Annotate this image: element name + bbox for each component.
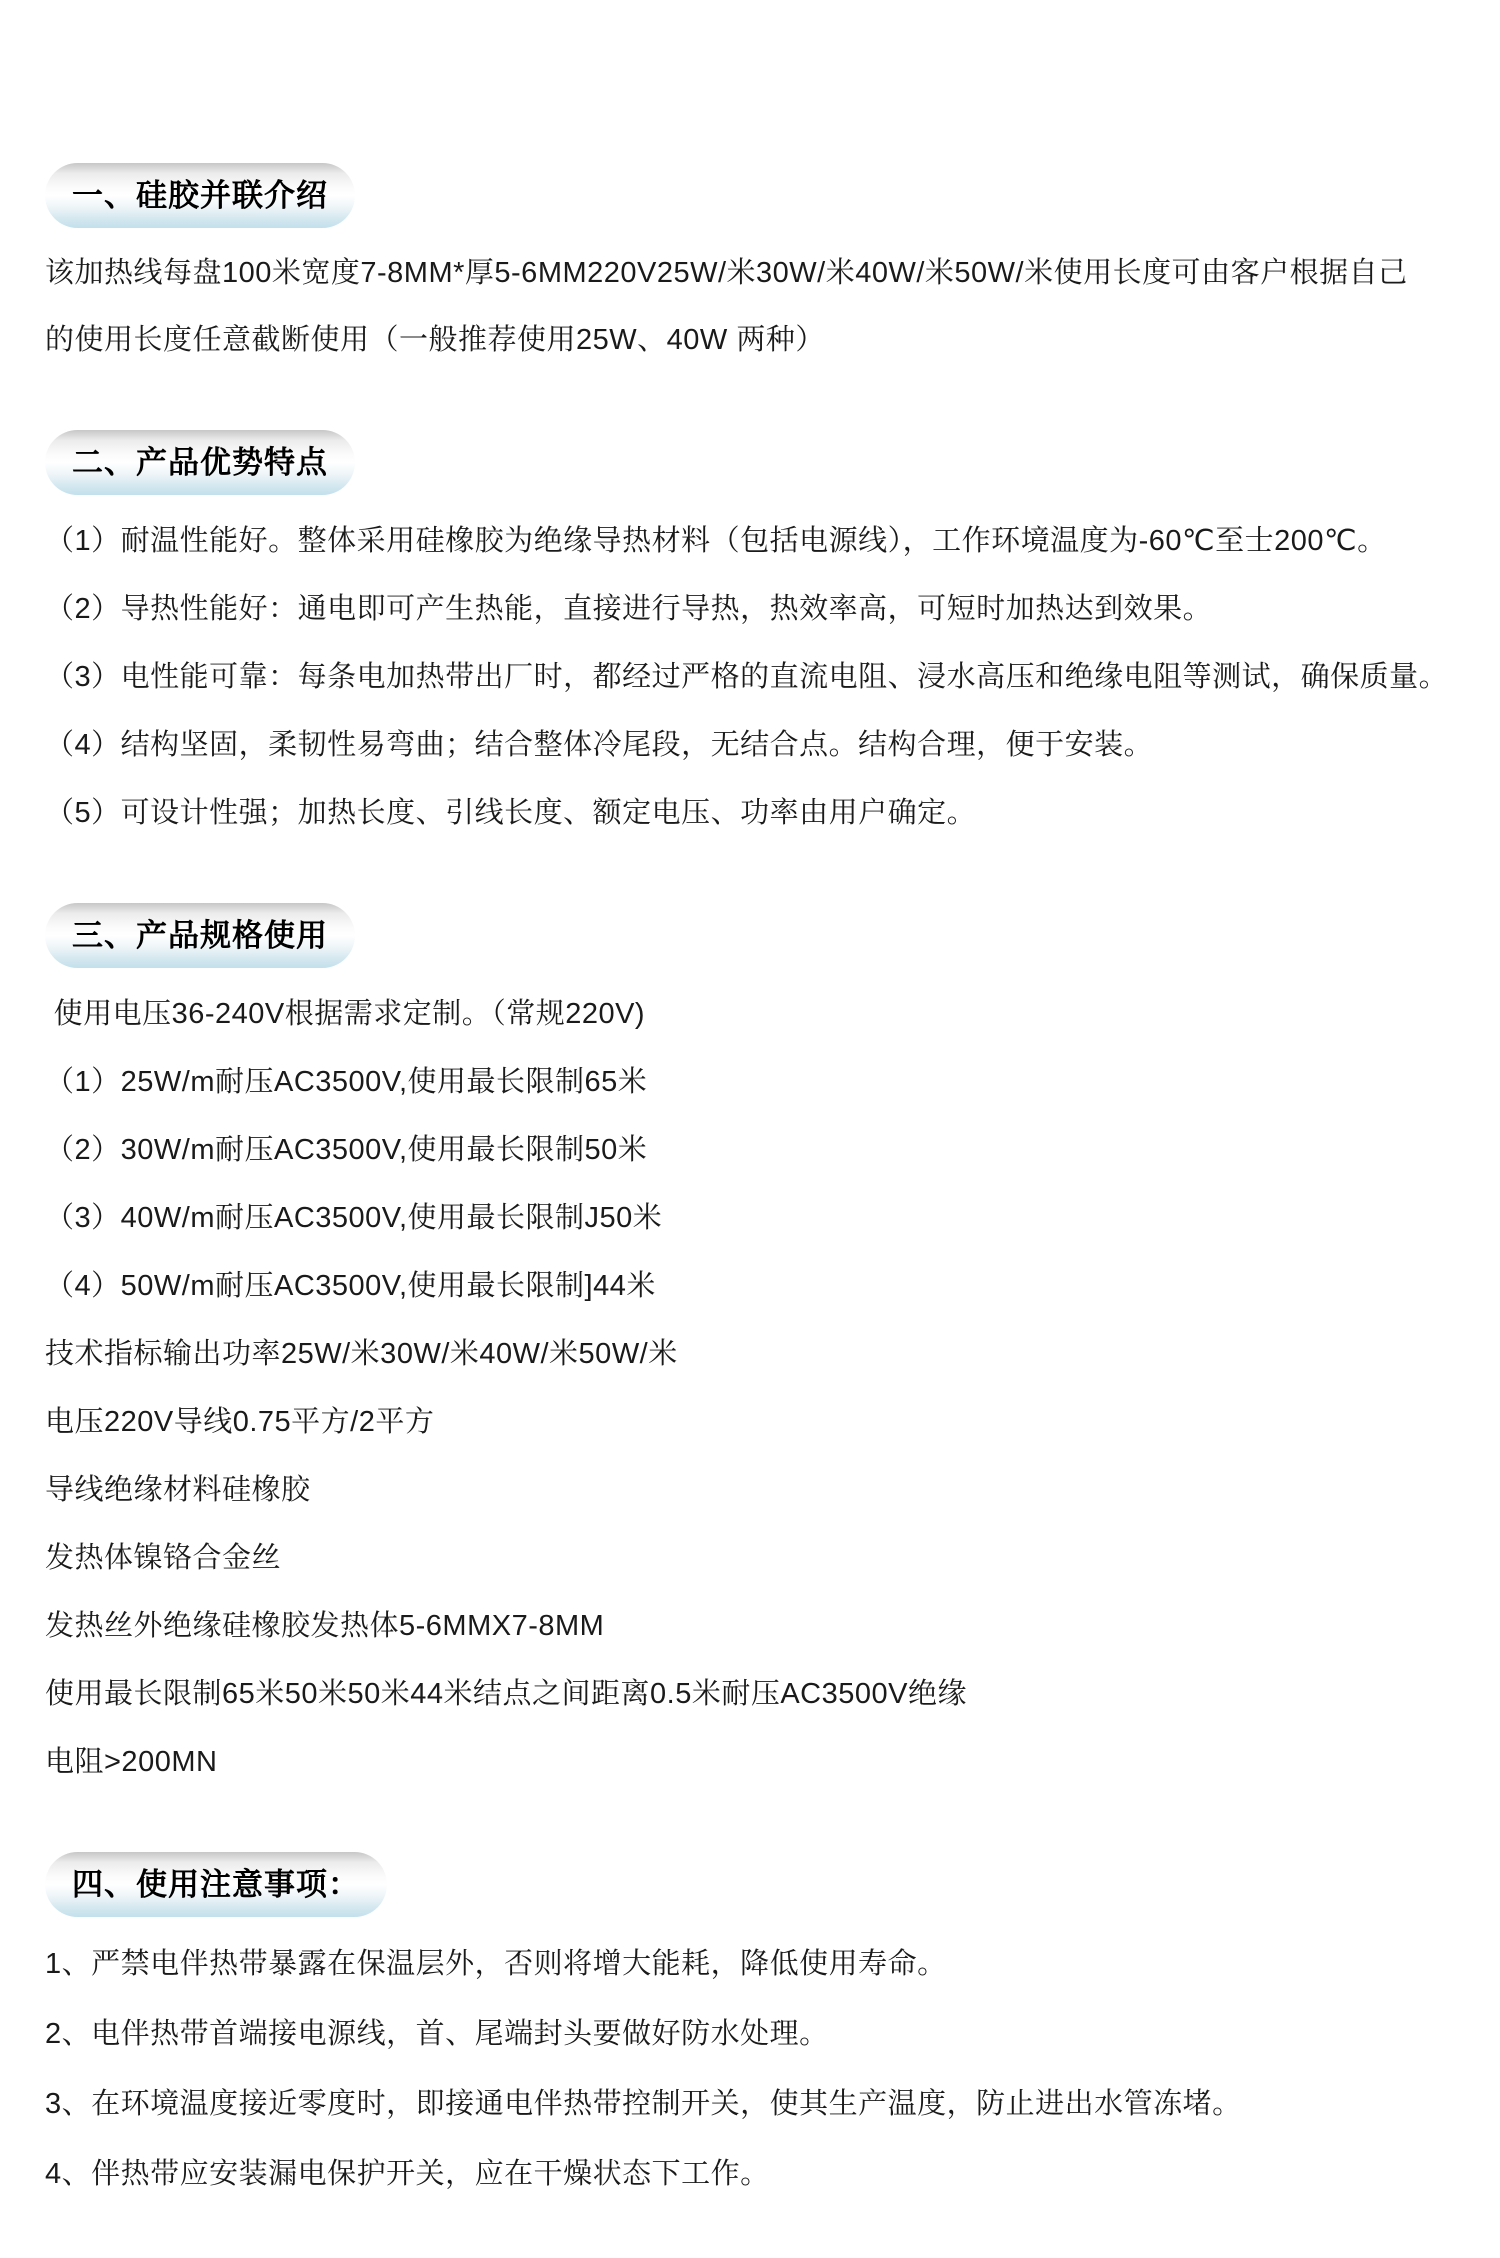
note-item: 4、伴热带应安装漏电保护开关，应在干燥状态下工作。 <box>45 2139 1472 2209</box>
advantage-item: （4）结构坚固，柔韧性易弯曲；结合整体冷尾段，无结合点。结构合理，便于安装。 <box>45 711 1472 779</box>
advantage-item: （5）可设计性强；加热长度、引线长度、额定电压、功率由用户确定。 <box>45 779 1472 847</box>
section-advantages: 二、产品优势特点 （1）耐温性能好。整体采用硅橡胶为绝缘导热材料（包括电源线），… <box>45 430 1472 847</box>
intro-paragraph: 该加热线每盘100米宽度7-8MM*厚5-6MM220V25W/米30W/米40… <box>45 240 1472 374</box>
spec-line: （3）40W/m耐压AC3500V,使用最长限制J50米 <box>45 1184 1472 1252</box>
spec-line: 使用电压36-240V根据需求定制。（常规220V) <box>45 980 1472 1048</box>
section-notes: 四、使用注意事项： 1、严禁电伴热带暴露在保温层外，否则将增大能耗，降低使用寿命… <box>45 1852 1472 2209</box>
spec-line: 电压220V导线0.75平方/2平方 <box>45 1388 1472 1456</box>
notes-list: 1、严禁电伴热带暴露在保温层外，否则将增大能耗，降低使用寿命。 2、电伴热带首端… <box>45 1929 1472 2209</box>
advantage-item: （1）耐温性能好。整体采用硅橡胶为绝缘导热材料（包括电源线），工作环境温度为-6… <box>45 507 1472 575</box>
note-item: 2、电伴热带首端接电源线，首、尾端封头要做好防水处理。 <box>45 1999 1472 2069</box>
spec-line: 发热体镍铬合金丝 <box>45 1524 1472 1592</box>
spec-line: 电阻>200MN <box>45 1728 1472 1796</box>
note-item: 3、在环境温度接近零度时，即接通电伴热带控制开关，使其生产温度，防止进出水管冻堵… <box>45 2069 1472 2139</box>
section-heading-specs: 三、产品规格使用 <box>45 903 355 968</box>
spec-line: （4）50W/m耐压AC3500V,使用最长限制]44米 <box>45 1252 1472 1320</box>
spec-line: 导线绝缘材料硅橡胶 <box>45 1456 1472 1524</box>
advantage-item: （2）导热性能好：通电即可产生热能，直接进行导热，热效率高，可短时加热达到效果。 <box>45 575 1472 643</box>
advantage-item: （3）电性能可靠：每条电加热带出厂时，都经过严格的直流电阻、浸水高压和绝缘电阻等… <box>45 643 1472 711</box>
document-page: 一、硅胶并联介绍 该加热线每盘100米宽度7-8MM*厚5-6MM220V25W… <box>0 0 1500 2258</box>
paragraph-line: 的使用长度任意截断使用（一般推荐使用25W、40W 两种） <box>45 307 1472 374</box>
specs-list: 使用电压36-240V根据需求定制。（常规220V) （1）25W/m耐压AC3… <box>45 980 1472 1796</box>
section-heading-intro: 一、硅胶并联介绍 <box>45 163 355 228</box>
spec-line: （1）25W/m耐压AC3500V,使用最长限制65米 <box>45 1048 1472 1116</box>
section-heading-advantages: 二、产品优势特点 <box>45 430 355 495</box>
section-specs: 三、产品规格使用 使用电压36-240V根据需求定制。（常规220V) （1）2… <box>45 903 1472 1796</box>
section-intro: 一、硅胶并联介绍 该加热线每盘100米宽度7-8MM*厚5-6MM220V25W… <box>45 163 1472 374</box>
spec-line: （2）30W/m耐压AC3500V,使用最长限制50米 <box>45 1116 1472 1184</box>
paragraph-line: 该加热线每盘100米宽度7-8MM*厚5-6MM220V25W/米30W/米40… <box>45 240 1472 307</box>
section-heading-notes: 四、使用注意事项： <box>45 1852 387 1917</box>
advantages-list: （1）耐温性能好。整体采用硅橡胶为绝缘导热材料（包括电源线），工作环境温度为-6… <box>45 507 1472 847</box>
spec-line: 技术指标输出功率25W/米30W/米40W/米50W/米 <box>45 1320 1472 1388</box>
spec-line: 使用最长限制65米50米50米44米结点之间距离0.5米耐压AC3500V绝缘 <box>45 1660 1472 1728</box>
spec-line: 发热丝外绝缘硅橡胶发热体5-6MMX7-8MM <box>45 1592 1472 1660</box>
note-item: 1、严禁电伴热带暴露在保温层外，否则将增大能耗，降低使用寿命。 <box>45 1929 1472 1999</box>
